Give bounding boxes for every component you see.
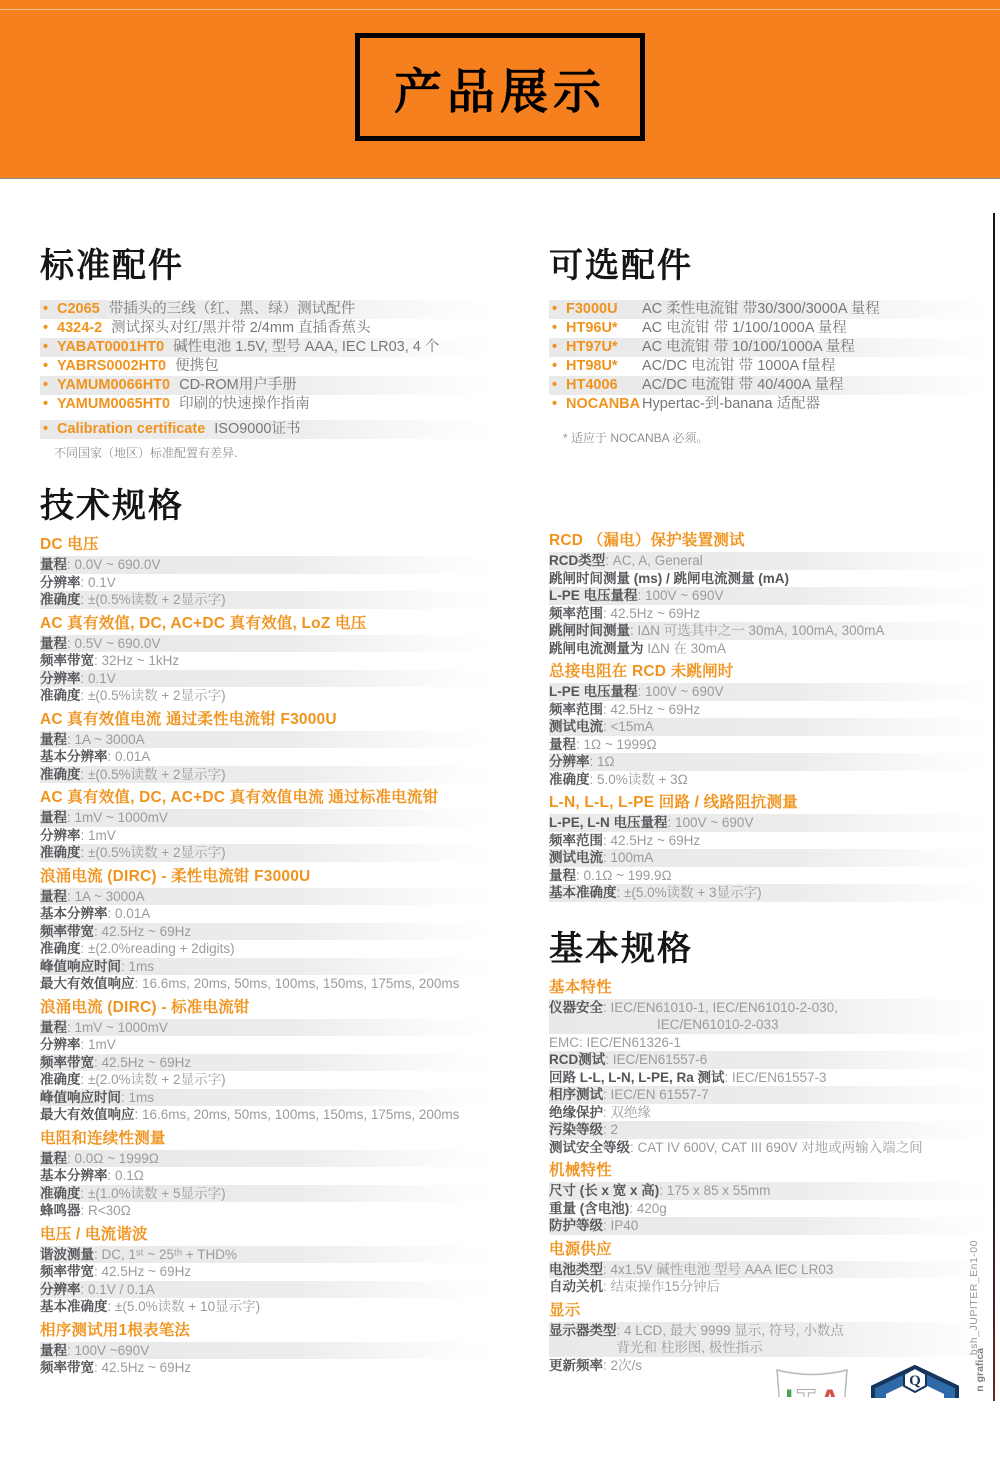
general-specs-title: 基本规格 (549, 930, 992, 970)
accessory-code: YAMUM0066HT0 (57, 376, 170, 395)
spec-row-label: 量程 (549, 737, 576, 752)
spec-row: 频率范围: 42.5Hz ~ 69Hz (549, 605, 992, 623)
accessory-desc: 碱性电池 1.5V, 型号 AAA, IEC LR03, 4 个 (173, 338, 439, 357)
top-banner: 产品展示 (0, 0, 1000, 179)
spec-row-label: 相序测试 (549, 1087, 603, 1102)
spec-row-value: : 1mV (81, 828, 116, 843)
spec-row: 频率带宽: 42.5Hz ~ 69Hz (40, 1263, 492, 1281)
spec-row-label: 分辨率 (40, 828, 81, 843)
spec-row-label: 尺寸 (长 x 宽 x 高) (549, 1183, 659, 1198)
spec-row-label: 显示器类型 (549, 1323, 617, 1338)
spec-row-value: : 结束操作15分钟后 (603, 1279, 720, 1294)
spec-row-value: : 2 (603, 1122, 618, 1137)
spec-row-value: : 1A ~ 3000A (67, 889, 145, 904)
spec-row-value: : CAT IV 600V, CAT III 690V 对地或两输入端之间 (630, 1140, 923, 1155)
spec-heading: 机械特性 (549, 1161, 992, 1180)
spec-section-dirc-standard-clamp: 浪涌电流 (DIRC) - 标准电流钳 量程: 1mV ~ 1000mV分辨率:… (40, 998, 492, 1124)
spec-row: 峰值响应时间: 1ms (40, 1089, 492, 1107)
spec-heading: 总接电阻在 RCD 未跳闸时 (549, 662, 992, 681)
spec-row-label: 分辨率 (40, 1282, 81, 1297)
spec-row-value: : 0.01A (108, 749, 151, 764)
spec-row: 谐波测量: DC, 1ˢᵗ ~ 25ᵗʰ + THD% (40, 1246, 492, 1264)
spec-row-value: : 100V ~690V (67, 1343, 149, 1358)
spec-row: 准确度: ±(1.0%读数 + 5显示字) (40, 1185, 492, 1203)
spec-row-value: : 100V ~ 690V (638, 684, 724, 699)
spec-row: 量程: 0.0V ~ 690.0V (40, 556, 492, 574)
bullet-icon: • (40, 395, 57, 414)
bullet-icon: • (549, 357, 566, 376)
spec-row-value: : 0.5V ~ 690.0V (67, 636, 160, 651)
accessory-item: • F3000U AC 柔性电流钳 带30/300/3000A 量程 (549, 300, 992, 319)
spec-row-value: : R<30Ω (81, 1203, 131, 1218)
spec-row-value: : 0.1Ω (108, 1168, 144, 1183)
spec-row: 蜂鸣器: R<30Ω (40, 1202, 492, 1220)
spec-row: 量程: 1mV ~ 1000mV (40, 809, 492, 827)
spec-row: 分辨率: 0.1V (40, 574, 492, 592)
accessory-item: • YAMUM0066HT0 CD-ROM用户手册 (40, 376, 492, 395)
spec-row-label: 峰值响应时间 (40, 1090, 121, 1105)
spec-section-mechanical: 机械特性 尺寸 (长 x 宽 x 高): 175 x 85 x 55mm重量 (… (549, 1161, 992, 1235)
spec-row-label: 准确度 (40, 767, 81, 782)
spec-row: 跳闸电流测量为 IΔN 在 30mA (549, 640, 992, 658)
spec-row-label: 准确度 (549, 772, 590, 787)
spec-row: 频率带宽: 42.5Hz ~ 69Hz (40, 923, 492, 941)
spec-row-value: : 0.0V ~ 690.0V (67, 557, 160, 572)
accessory-desc: AC 电流钳 带 10/100/1000A 量程 (642, 338, 855, 357)
accessory-code: C2065 (57, 300, 100, 319)
spec-row-label: 分辨率 (40, 575, 81, 590)
spec-row: EMC: IEC/EN61326-1 (549, 1034, 992, 1052)
accessory-item: • C2065 带插头的三线（红、黑、绿）测试配件 (40, 300, 492, 319)
spec-row-label: 准确度 (40, 941, 81, 956)
spec-heading: AC 真有效值电流 通过柔性电流钳 F3000U (40, 710, 492, 729)
accessory-item: • HT96U* AC 电流钳 带 1/100/1000A 量程 (549, 319, 992, 338)
accessory-desc: 带插头的三线（红、黑、绿）测试配件 (109, 300, 356, 319)
spec-row: 基本分辨率: 0.01A (40, 748, 492, 766)
bullet-icon: • (40, 420, 57, 439)
spec-row-label: 电池类型 (549, 1262, 603, 1277)
spec-row-value: : IP40 (603, 1218, 638, 1233)
spec-row-label: 量程 (40, 1020, 67, 1035)
spec-row: 频率带宽: 42.5Hz ~ 69Hz (40, 1359, 492, 1377)
accessory-desc: AC/DC 电流钳 带 40/400A 量程 (642, 376, 843, 395)
accessory-item: • HT4006 AC/DC 电流钳 带 40/400A 量程 (549, 376, 992, 395)
spec-row: 峰值响应时间: 1ms (40, 958, 492, 976)
left-column: 标准配件 • C2065 带插头的三线（红、黑、绿）测试配件 • 4324-2 … (40, 247, 492, 1377)
spec-row: 准确度: ±(0.5%读数 + 2显示字) (40, 766, 492, 784)
spec-row-label: 基本分辨率 (40, 749, 108, 764)
spec-row-value: : 1mV (81, 1037, 116, 1052)
document-code-vertical-text: bsh_JUPITER_En1-00 (968, 1240, 980, 1355)
spec-row-label: 准确度 (40, 592, 81, 607)
spec-row-value: : DC, 1ˢᵗ ~ 25ᵗʰ + THD% (94, 1247, 237, 1262)
spec-row-label: 谐波测量 (40, 1247, 94, 1262)
spec-row: 量程: 0.5V ~ 690.0V (40, 635, 492, 653)
spec-row: 准确度: 5.0%读数 + 3Ω (549, 771, 992, 789)
spec-row: RCD类型: AC, A, General (549, 552, 992, 570)
accessory-code: YABAT0001HT0 (57, 338, 164, 357)
spec-row-label: 自动关机 (549, 1279, 603, 1294)
accessory-desc: ISO9000证书 (214, 420, 300, 439)
spec-heading: 电阻和连续性测量 (40, 1129, 492, 1148)
spec-row-label: 基本准确度 (40, 1299, 108, 1314)
spec-row-value: : 42.5Hz ~ 69Hz (603, 833, 700, 848)
spec-heading: DC 电压 (40, 535, 492, 554)
spec-row: 尺寸 (长 x 宽 x 高): 175 x 85 x 55mm (549, 1182, 992, 1200)
tech-specs-title: 技术规格 (40, 487, 492, 527)
bullet-icon: • (549, 395, 566, 414)
accessory-item: • YABRS0002HT0 便携包 (40, 357, 492, 376)
spec-row-label: 量程 (40, 1151, 67, 1166)
spec-row-label: 量程 (40, 889, 67, 904)
spec-row-label: 频率带宽 (40, 924, 94, 939)
spec-row-value: : 42.5Hz ~ 69Hz (603, 606, 700, 621)
page-border-line (993, 213, 995, 1401)
spec-row-value: : 175 x 85 x 55mm (659, 1183, 770, 1198)
right-column: 可选配件 • F3000U AC 柔性电流钳 带30/300/3000A 量程 … (549, 247, 992, 1374)
banner-highlight-line (0, 9, 1000, 10)
spec-section-general-features: 基本特性 仪器安全: IEC/EN61010-1, IEC/EN61010-2-… (549, 978, 992, 1157)
spec-heading: AC 真有效值, DC, AC+DC 真有效值电流 通过标准电流钳 (40, 788, 492, 807)
spec-row-value: : 100mA (603, 850, 653, 865)
spec-row-label: 污染等级 (549, 1122, 603, 1137)
spec-row-value: : IEC/EN61557-6 (605, 1052, 707, 1067)
spec-row-label: 频率带宽 (40, 653, 94, 668)
spec-row-label: 分辨率 (549, 754, 590, 769)
spec-row: L-PE 电压量程: 100V ~ 690V (549, 587, 992, 605)
spec-row-label: 测试电流 (549, 850, 603, 865)
accessory-desc: Hypertac-到-banana 适配器 (642, 395, 820, 414)
accessory-item: • 4324-2 测试探头对红/黑并带 2/4mm 直插香蕉头 (40, 319, 492, 338)
spec-heading: RCD （漏电）保护装置测试 (549, 531, 992, 550)
spec-row: RCD测试: IEC/EN61557-6 (549, 1051, 992, 1069)
spec-row-label: 分辨率 (40, 1037, 81, 1052)
accessory-code: F3000U (566, 300, 642, 319)
spec-row: 仪器安全: IEC/EN61010-1, IEC/EN61010-2-030, … (549, 999, 992, 1034)
accessory-code: HT4006 (566, 376, 642, 395)
spec-row: 分辨率: 0.1V / 0.1A (40, 1281, 492, 1299)
spec-row-label: 频率带宽 (40, 1264, 94, 1279)
spec-row-label: 最大有效值响应 (40, 976, 135, 991)
accessory-desc: 便携包 (175, 357, 219, 376)
spec-row-value: : ±(0.5%读数 + 2显示字) (81, 767, 226, 782)
spec-heading: L-N, L-L, L-PE 回路 / 线路阻抗测量 (549, 793, 992, 812)
svg-text:Q: Q (909, 1373, 921, 1389)
spec-row-label: 频率范围 (549, 702, 603, 717)
spec-row: 跳闸时间测量: IΔN 可选其中之一 30mA, 100mA, 300mA (549, 622, 992, 640)
spec-row-value: : 16.6ms, 20ms, 50ms, 100ms, 150ms, 175m… (135, 1107, 460, 1122)
spec-section-dc-voltage: DC 电压 量程: 0.0V ~ 690.0V分辨率: 0.1V准确度: ±(0… (40, 535, 492, 609)
accessory-desc: 印刷的快速操作指南 (179, 395, 310, 414)
spec-row: 量程: 1Ω ~ 1999Ω (549, 736, 992, 754)
spec-row-label: 量程 (40, 732, 67, 747)
spec-row-label: 准确度 (40, 1186, 81, 1201)
spec-row-label: 量程 (549, 868, 576, 883)
accessory-item: • YAMUM0065HT0 印刷的快速操作指南 (40, 395, 492, 414)
spec-row-label: 峰值响应时间 (40, 959, 121, 974)
spec-row-value: : 0.0Ω ~ 1999Ω (67, 1151, 159, 1166)
bullet-icon: • (549, 376, 566, 395)
spec-row: 自动关机: 结束操作15分钟后 (549, 1278, 992, 1296)
spec-row-label: 基本分辨率 (40, 1168, 108, 1183)
spec-row-label: 准确度 (40, 845, 81, 860)
spec-row-value: : ±(0.5%读数 + 2显示字) (81, 688, 226, 703)
bullet-icon: • (549, 300, 566, 319)
accessory-item: • HT98U* AC/DC 电流钳 带 1000A f量程 (549, 357, 992, 376)
accessory-item: • HT97U* AC 电流钳 带 10/100/1000A 量程 (549, 338, 992, 357)
quality-q-hexagon-logo: Q (867, 1364, 963, 1398)
standard-accessories-footnote: 不同国家（地区）标准配置有差异. (54, 445, 492, 461)
spec-row-value: : 1mV ~ 1000mV (67, 810, 168, 825)
spec-row-label: 最大有效值响应 (40, 1107, 135, 1122)
spec-section-ac-loz-voltage: AC 真有效值, DC, AC+DC 真有效值, LoZ 电压 量程: 0.5V… (40, 614, 492, 705)
spec-row: 最大有效值响应: 16.6ms, 20ms, 50ms, 100ms, 150m… (40, 1106, 492, 1124)
spec-row-value: : 1ms (121, 1090, 154, 1105)
spec-row: 测试安全等级: CAT IV 600V, CAT III 690V 对地或两输入… (549, 1139, 992, 1157)
spec-row: 最大有效值响应: 16.6ms, 20ms, 50ms, 100ms, 150m… (40, 975, 492, 993)
spec-heading: 电压 / 电流谐波 (40, 1225, 492, 1244)
spec-row: 频率带宽: 32Hz ~ 1kHz (40, 652, 492, 670)
spec-row: 准确度: ±(2.0%读数 + 2显示字) (40, 1071, 492, 1089)
spec-row: 重量 (含电池): 420g (549, 1200, 992, 1218)
spec-section-earth-resistance-no-trip: 总接电阻在 RCD 未跳闸时 L-PE 电压量程: 100V ~ 690V频率范… (549, 662, 992, 788)
optional-accessories-footnote: * 适应于 NOCANBA 必须。 (563, 430, 992, 446)
spec-row-value: : ±(5.0%读数 + 3显示字) (617, 885, 762, 900)
bullet-icon: • (549, 338, 566, 357)
spec-row-value: : 42.5Hz ~ 69Hz (94, 1360, 191, 1375)
spec-row-label: 跳闸电流测量为 (549, 641, 644, 656)
spec-row-value: : 0.1V (81, 671, 116, 686)
spec-row-label: 蜂鸣器 (40, 1203, 81, 1218)
accessory-item: • NOCANBA Hypertac-到-banana 适配器 (549, 395, 992, 414)
spec-row-value: : 42.5Hz ~ 69Hz (94, 924, 191, 939)
spec-heading: 显示 (549, 1301, 992, 1320)
spec-row-value: : IEC/EN61557-3 (725, 1070, 827, 1085)
accessory-code: NOCANBA (566, 395, 642, 414)
spec-row-label: 防护等级 (549, 1218, 603, 1233)
spec-row-value: : 双绝缘 (603, 1105, 651, 1120)
bullet-icon: • (40, 357, 57, 376)
accessory-code: HT98U* (566, 357, 642, 376)
spec-row: 基本分辨率: 0.1Ω (40, 1167, 492, 1185)
spec-row-value: : ±(0.5%读数 + 2显示字) (81, 845, 226, 860)
spec-row: 跳闸时间测量 (ms) / 跳闸电流测量 (mA) (549, 570, 992, 588)
bullet-icon: • (40, 376, 57, 395)
spec-section-rcd-test: RCD （漏电）保护装置测试 RCD类型: AC, A, General跳闸时间… (549, 531, 992, 657)
spec-row: 频率带宽: 42.5Hz ~ 69Hz (40, 1054, 492, 1072)
spec-row-label: 频率带宽 (40, 1360, 94, 1375)
spec-row-label: RCD类型 (549, 553, 605, 568)
spec-section-dirc-flex-clamp: 浪涌电流 (DIRC) - 柔性电流钳 F3000U 量程: 1A ~ 3000… (40, 867, 492, 993)
spec-row-value: EMC: IEC/EN61326-1 (549, 1035, 681, 1050)
spec-row: L-PE, L-N 电压量程: 100V ~ 690V (549, 814, 992, 832)
spec-section-ac-current-standard-clamp: AC 真有效值, DC, AC+DC 真有效值电流 通过标准电流钳 量程: 1m… (40, 788, 492, 862)
spec-row-label: 跳闸时间测量 (549, 623, 630, 638)
spec-row-label: 量程 (40, 1343, 67, 1358)
standard-accessories-title: 标准配件 (40, 247, 492, 287)
spec-row: 量程: 1mV ~ 1000mV (40, 1019, 492, 1037)
spec-row-value: : 0.1Ω ~ 199.9Ω (576, 868, 672, 883)
spec-row-label: 仪器安全 (549, 1000, 603, 1015)
spec-section-loop-line-impedance: L-N, L-L, L-PE 回路 / 线路阻抗测量 L-PE, L-N 电压量… (549, 793, 992, 902)
accessory-code: Calibration certificate (57, 420, 205, 439)
spec-row-value: : 42.5Hz ~ 69Hz (94, 1055, 191, 1070)
standard-accessories-list: • C2065 带插头的三线（红、黑、绿）测试配件 • 4324-2 测试探头对… (40, 300, 492, 439)
spec-row-value: : ±(2.0%reading + 2digits) (81, 941, 235, 956)
spec-row: 分辨率: 1Ω (549, 753, 992, 771)
accessory-item: • YABAT0001HT0 碱性电池 1.5V, 型号 AAA, IEC LR… (40, 338, 492, 357)
spec-row: 分辨率: 1mV (40, 1036, 492, 1054)
spec-row-value: IΔN 在 30mA (644, 641, 727, 656)
spec-row: 防护等级: IP40 (549, 1217, 992, 1235)
spec-row-label: 准确度 (40, 1072, 81, 1087)
spec-row: 电池类型: 4x1.5V 碱性电池 型号 AAA IEC LR03 (549, 1261, 992, 1279)
spec-row-label: 频率带宽 (40, 1055, 94, 1070)
spec-row-label: 基本分辨率 (40, 906, 108, 921)
spec-row: 显示器类型: 4 LCD, 最大 9999 显示, 符号, 小数点 背光和 柱形… (549, 1322, 992, 1357)
spec-section-harmonics: 电压 / 电流谐波 谐波测量: DC, 1ˢᵗ ~ 25ᵗʰ + THD%频率带… (40, 1225, 492, 1316)
spec-row-label: L-PE 电压量程 (549, 684, 638, 699)
spec-row-value: : 0.1V (81, 575, 116, 590)
spec-row-value: : 1Ω ~ 1999Ω (576, 737, 657, 752)
spec-row: 量程: 100V ~690V (40, 1342, 492, 1360)
spec-heading: 浪涌电流 (DIRC) - 柔性电流钳 F3000U (40, 867, 492, 886)
spec-row-value: : 2次/s (603, 1358, 642, 1373)
spec-heading: AC 真有效值, DC, AC+DC 真有效值, LoZ 电压 (40, 614, 492, 633)
spec-heading: 相序测试用1根表笔法 (40, 1321, 492, 1340)
spec-row-value: : ±(2.0%读数 + 2显示字) (81, 1072, 226, 1087)
spec-row-label: L-PE, L-N 电压量程 (549, 815, 668, 830)
spec-section-display: 显示 显示器类型: 4 LCD, 最大 9999 显示, 符号, 小数点 背光和… (549, 1301, 992, 1375)
accessory-desc: 测试探头对红/黑并带 2/4mm 直插香蕉头 (111, 319, 370, 338)
accessory-item: • Calibration certificate ISO9000证书 (40, 420, 492, 439)
spec-row-label: 基本准确度 (549, 885, 617, 900)
spec-row-value: : 42.5Hz ~ 69Hz (94, 1264, 191, 1279)
optional-accessories-title: 可选配件 (549, 247, 992, 287)
spec-row-value: : 1A ~ 3000A (67, 732, 145, 747)
spec-section-power-supply: 电源供应 电池类型: 4x1.5V 碱性电池 型号 AAA IEC LR03自动… (549, 1240, 992, 1296)
spec-row: 准确度: ±(0.5%读数 + 2显示字) (40, 687, 492, 705)
spec-row-value: : 42.5Hz ~ 69Hz (603, 702, 700, 717)
svg-text:T: T (797, 1384, 815, 1397)
spec-row-label: 回路 L-L, L-N, L-PE, Ra 测试 (549, 1070, 725, 1085)
spec-row-label: 量程 (40, 810, 67, 825)
svg-text:A: A (819, 1384, 841, 1397)
spec-row: 污染等级: 2 (549, 1121, 992, 1139)
spec-row: 分辨率: 0.1V (40, 670, 492, 688)
spec-row-label: 测试安全等级 (549, 1140, 630, 1155)
spec-heading: 基本特性 (549, 978, 992, 997)
spec-row: 准确度: ±(0.5%读数 + 2显示字) (40, 591, 492, 609)
spec-row-value: : 32Hz ~ 1kHz (94, 653, 179, 668)
spec-row: 准确度: ±(0.5%读数 + 2显示字) (40, 844, 492, 862)
accessory-desc: AC 电流钳 带 1/100/1000A 量程 (642, 319, 847, 338)
spec-row-label: L-PE 电压量程 (549, 588, 638, 603)
spec-row: 准确度: ±(2.0%reading + 2digits) (40, 940, 492, 958)
spec-row: 量程: 1A ~ 3000A (40, 888, 492, 906)
accessory-desc: AC/DC 电流钳 带 1000A f量程 (642, 357, 835, 376)
spec-section-phase-sequence: 相序测试用1根表笔法 量程: 100V ~690V频率带宽: 42.5Hz ~ … (40, 1321, 492, 1377)
spec-heading: 电源供应 (549, 1240, 992, 1259)
spec-row: 基本准确度: ±(5.0%读数 + 3显示字) (549, 884, 992, 902)
spec-row: 相序测试: IEC/EN 61557-7 (549, 1086, 992, 1104)
spec-row: 绝缘保护: 双绝缘 (549, 1104, 992, 1122)
spec-row-label: 量程 (40, 557, 67, 572)
spec-section-ac-current-flex-clamp: AC 真有效值电流 通过柔性电流钳 F3000U 量程: 1A ~ 3000A基… (40, 710, 492, 784)
accessory-code: HT96U* (566, 319, 642, 338)
spec-row-label: 跳闸时间测量 (ms) / 跳闸电流测量 (mA) (549, 571, 789, 586)
spec-row-value: : 100V ~ 690V (638, 588, 724, 603)
spec-row: 基本分辨率: 0.01A (40, 905, 492, 923)
spec-row-label: 频率范围 (549, 606, 603, 621)
spec-row-label: 量程 (40, 636, 67, 651)
spec-row: 测试电流: <15mA (549, 718, 992, 736)
product-display-title-box: 产品展示 (355, 33, 645, 141)
spec-row: L-PE 电压量程: 100V ~ 690V (549, 683, 992, 701)
spec-row: 分辨率: 1mV (40, 827, 492, 845)
spec-row-value: : 1Ω (590, 754, 615, 769)
spec-row-value: : IΔN 可选其中之一 30mA, 100mA, 300mA (630, 623, 884, 638)
spec-row-value: : 0.1V / 0.1A (81, 1282, 155, 1297)
grafica-vertical-text: n grafica (974, 1348, 986, 1392)
spec-row-label: 重量 (含电池) (549, 1201, 629, 1216)
spec-row-value: : 1mV ~ 1000mV (67, 1020, 168, 1035)
spec-row-label: 频率范围 (549, 833, 603, 848)
spec-row-value: : <15mA (603, 719, 654, 734)
spec-row: 量程: 0.1Ω ~ 199.9Ω (549, 867, 992, 885)
accessory-code: YAMUM0065HT0 (57, 395, 170, 414)
spec-row-value: : ±(1.0%读数 + 5显示字) (81, 1186, 226, 1201)
bullet-icon: • (40, 300, 57, 319)
svg-text:I: I (785, 1384, 793, 1397)
spec-row-value: : 5.0%读数 + 3Ω (590, 772, 688, 787)
page-title: 产品展示 (394, 53, 606, 122)
spec-row-value: : 100V ~ 690V (668, 815, 754, 830)
accessory-desc: CD-ROM用户手册 (179, 376, 297, 395)
accessory-code: YABRS0002HT0 (57, 357, 166, 376)
optional-accessories-list: • F3000U AC 柔性电流钳 带30/300/3000A 量程 • HT9… (549, 300, 992, 414)
spec-row-label: 更新频率 (549, 1358, 603, 1373)
spec-row-value: : 16.6ms, 20ms, 50ms, 100ms, 150ms, 175m… (135, 976, 460, 991)
bullet-icon: • (549, 319, 566, 338)
spec-row: 量程: 0.0Ω ~ 1999Ω (40, 1150, 492, 1168)
spec-row-value: : 0.01A (108, 906, 151, 921)
spec-row-label: 测试电流 (549, 719, 603, 734)
spec-row-value: : 1ms (121, 959, 154, 974)
spec-section-resistance-continuity: 电阻和连续性测量 量程: 0.0Ω ~ 1999Ω基本分辨率: 0.1Ω准确度:… (40, 1129, 492, 1220)
accessory-desc: AC 柔性电流钳 带30/300/3000A 量程 (642, 300, 880, 319)
spec-row: 基本准确度: ±(5.0%读数 + 10显示字) (40, 1298, 492, 1316)
spec-row-label: 准确度 (40, 688, 81, 703)
spec-row-value: : IEC/EN 61557-7 (603, 1087, 709, 1102)
ita-quality-logo: I T A (775, 1366, 849, 1397)
spec-heading: 浪涌电流 (DIRC) - 标准电流钳 (40, 998, 492, 1017)
spec-row: 频率范围: 42.5Hz ~ 69Hz (549, 701, 992, 719)
spec-row-value: : ±(5.0%读数 + 10显示字) (108, 1299, 261, 1314)
spec-row: 测试电流: 100mA (549, 849, 992, 867)
spec-row-value: : ±(0.5%读数 + 2显示字) (81, 592, 226, 607)
spec-row-value: : 420g (629, 1201, 667, 1216)
spec-row: 回路 L-L, L-N, L-PE, Ra 测试: IEC/EN61557-3 (549, 1069, 992, 1087)
spec-row: 量程: 1A ~ 3000A (40, 731, 492, 749)
bullet-icon: • (40, 319, 57, 338)
spec-row-label: 分辨率 (40, 671, 81, 686)
accessory-code: HT97U* (566, 338, 642, 357)
spec-row-value: : AC, A, General (605, 553, 703, 568)
spec-row-value: : 4x1.5V 碱性电池 型号 AAA IEC LR03 (603, 1262, 833, 1277)
spec-row: 频率范围: 42.5Hz ~ 69Hz (549, 832, 992, 850)
accessory-code: 4324-2 (57, 319, 102, 338)
